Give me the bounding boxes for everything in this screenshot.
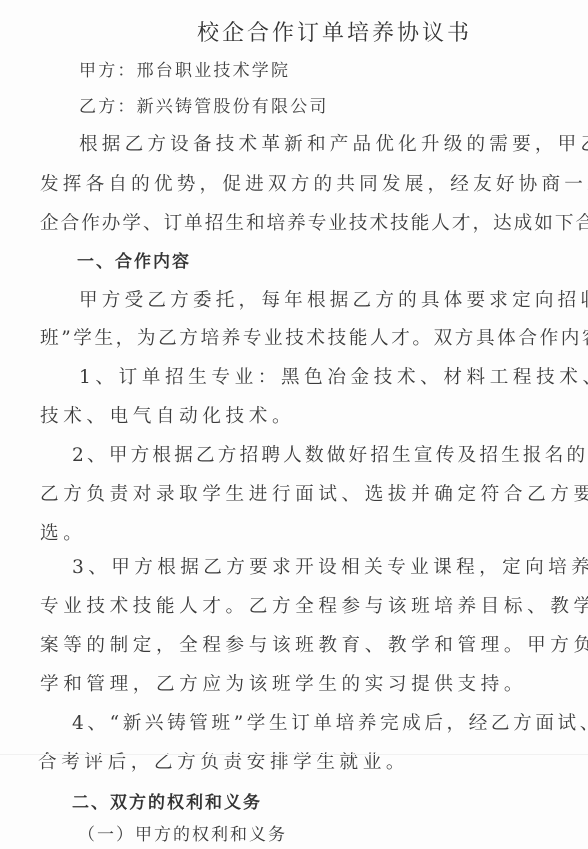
party-b: 乙方：新兴铸管股份有限公司 (79, 95, 329, 119)
subsection-heading-party-a-rights: （一）甲方的权利和义务 (78, 823, 287, 847)
section-heading-rights-obligations: 二、双方的权利和义务 (72, 791, 262, 815)
preamble-line: 企合作办学、订单招生和培养专业技术技能人才，达成如下合作协议： (40, 212, 588, 236)
party-a: 甲方：邢台职业技术学院 (79, 59, 290, 83)
paragraph-line: 2、甲方根据乙方招聘人数做好招生宣传及招生报名的组织工作； (72, 444, 588, 468)
preamble-line: 根据乙方设备技术革新和产品优化升级的需要，甲乙双方为充分 (79, 133, 588, 157)
paragraph-line: 案等的制定，全程参与该班教育、教学和管理。甲方负责该班日常教 (40, 634, 588, 658)
paragraph-line: 班”学生，为乙方培养专业技术技能人才。双方具体合作内容如下： (40, 327, 588, 351)
document-page: 校企合作订单培养协议书 甲方：邢台职业技术学院 乙方：新兴铸管股份有限公司 根据… (0, 0, 588, 849)
paragraph-line: 甲方受乙方委托，每年根据乙方的具体要求定向招收“新兴铸管 (79, 289, 588, 313)
paragraph-line: 1、订单招生专业：黑色冶金技术、材料工程技术、机电一体化 (79, 366, 588, 390)
paragraph-line: 技术、电气自动化技术。 (40, 405, 295, 429)
scan-artifact-line (0, 754, 588, 755)
paragraph-line: 乙方负责对录取学生进行面试、选拔并确定符合乙方要求的学生人 (40, 483, 588, 507)
paragraph-line: 4、“新兴铸管班”学生订单培养完成后，经乙方面试、体检、综 (72, 712, 588, 736)
paragraph-line: 选。 (40, 522, 86, 546)
preamble-line: 发挥各自的优势，促进双方的共同发展，经友好协商一致，就开展校 (40, 173, 588, 197)
document-title: 校企合作订单培养协议书 (197, 20, 472, 48)
paragraph-line: 专业技术技能人才。乙方全程参与该班培养目标、教学计划、管理方 (40, 595, 588, 619)
paragraph-line: 学和管理，乙方应为该班学生的实习提供支持。 (40, 673, 527, 697)
paragraph-line: 3、甲方根据乙方要求开设相关专业课程，定向培养乙方所需的 (72, 556, 588, 580)
section-heading-cooperation: 一、合作内容 (77, 250, 191, 274)
